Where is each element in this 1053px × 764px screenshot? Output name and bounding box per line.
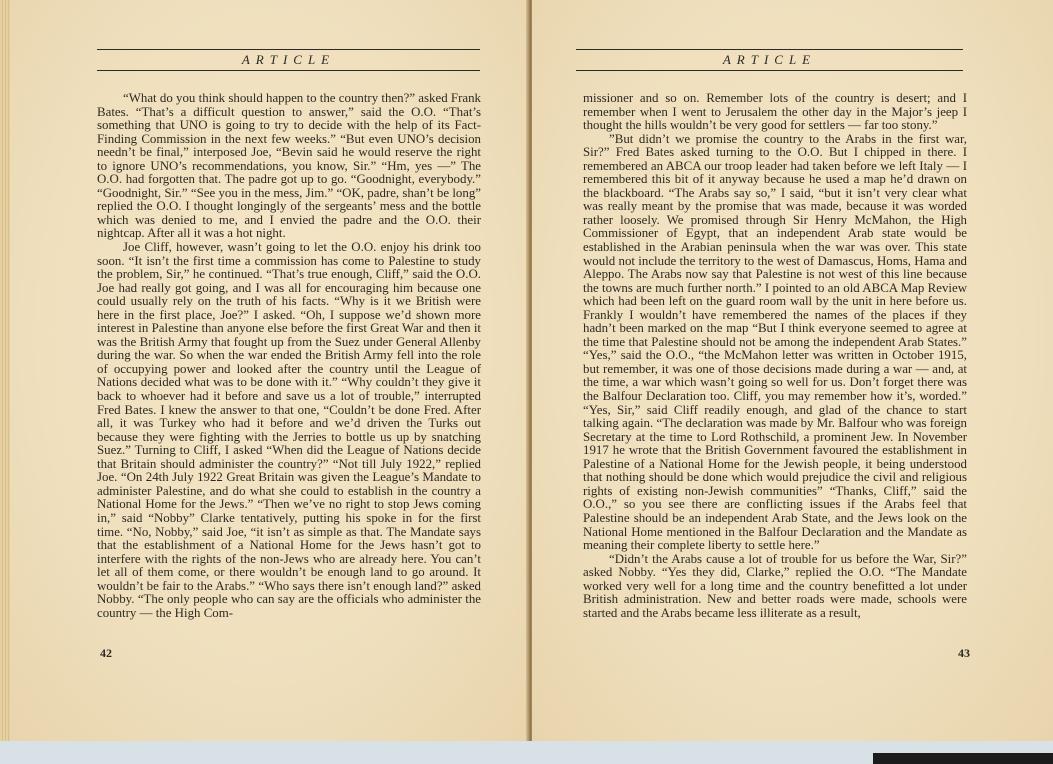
right-page: ARTICLE missioner and so on. Remember lo…: [532, 0, 1053, 741]
page-number: 43: [958, 646, 970, 661]
page-body: “What do you think should happen to the …: [97, 92, 481, 620]
book-spread: ARTICLE “What do you think should happen…: [0, 0, 1053, 741]
paragraph: “What do you think should happen to the …: [97, 92, 481, 241]
page-number: 42: [100, 646, 112, 661]
page-edges: [0, 0, 10, 741]
paragraph: “Didn’t the Arabs cause a lot of trouble…: [583, 553, 967, 621]
paragraph: ”But didn’t we promise the country to th…: [583, 133, 967, 553]
page-body: missioner and so on. Remember lots of th…: [583, 92, 967, 620]
running-header: ARTICLE: [576, 49, 963, 71]
scanner-edge: [873, 753, 1053, 764]
paragraph: missioner and so on. Remember lots of th…: [583, 92, 967, 133]
left-page: ARTICLE “What do you think should happen…: [0, 0, 528, 741]
paragraph: Joe Cliff, however, wasn’t going to let …: [97, 241, 481, 620]
scanner-background: [0, 741, 1053, 764]
running-header: ARTICLE: [97, 49, 480, 71]
